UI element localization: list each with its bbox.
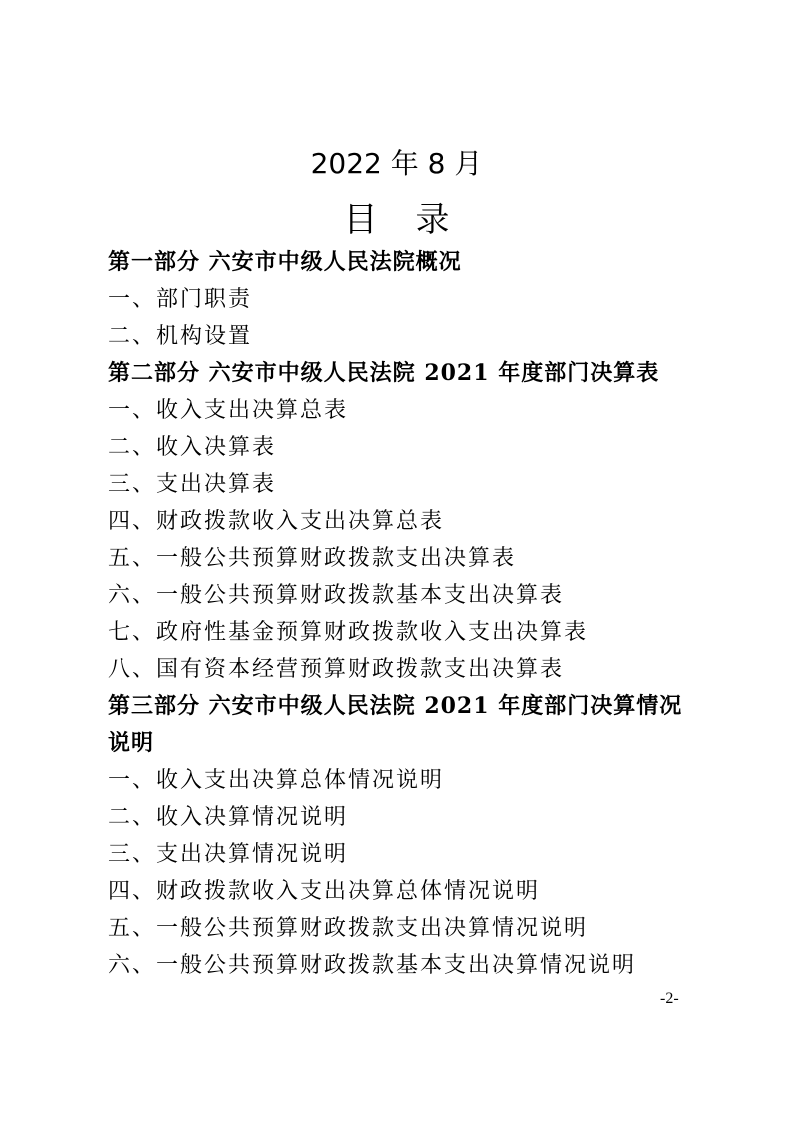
toc-part-3-heading-cont: 说明 — [108, 725, 708, 762]
toc-title: 目录 — [0, 198, 793, 242]
toc-entry: 五、一般公共预算财政拨款支出决算情况说明 — [108, 910, 708, 947]
toc-entry: 三、支出决算情况说明 — [108, 836, 708, 873]
toc-part-1-heading: 第一部分 六安市中级人民法院概况 — [108, 244, 708, 281]
document-date: 2022 年 8 月 — [0, 145, 793, 183]
toc-entry: 一、收入支出决算总表 — [108, 392, 708, 429]
table-of-contents: 第一部分 六安市中级人民法院概况 一、部门职责 二、机构设置 第二部分 六安市中… — [108, 244, 708, 984]
toc-entry: 二、收入决算情况说明 — [108, 799, 708, 836]
toc-entry: 二、机构设置 — [108, 318, 708, 355]
toc-entry: 五、一般公共预算财政拨款支出决算表 — [108, 540, 708, 577]
toc-entry: 一、部门职责 — [108, 281, 708, 318]
toc-entry: 六、一般公共预算财政拨款基本支出决算情况说明 — [108, 947, 708, 984]
toc-entry: 七、政府性基金预算财政拨款收入支出决算表 — [108, 614, 708, 651]
toc-entry: 四、财政拨款收入支出决算总体情况说明 — [108, 873, 708, 910]
toc-part-3-heading: 第三部分 六安市中级人民法院 2021 年度部门决算情况 — [108, 688, 708, 725]
toc-entry: 四、财政拨款收入支出决算总表 — [108, 503, 708, 540]
toc-entry: 三、支出决算表 — [108, 466, 708, 503]
page-number: -2- — [660, 990, 679, 1008]
toc-entry: 一、收入支出决算总体情况说明 — [108, 762, 708, 799]
toc-part-2-heading: 第二部分 六安市中级人民法院 2021 年度部门决算表 — [108, 355, 708, 392]
toc-entry: 六、一般公共预算财政拨款基本支出决算表 — [108, 577, 708, 614]
toc-entry: 八、国有资本经营预算财政拨款支出决算表 — [108, 651, 708, 688]
toc-entry: 二、收入决算表 — [108, 429, 708, 466]
